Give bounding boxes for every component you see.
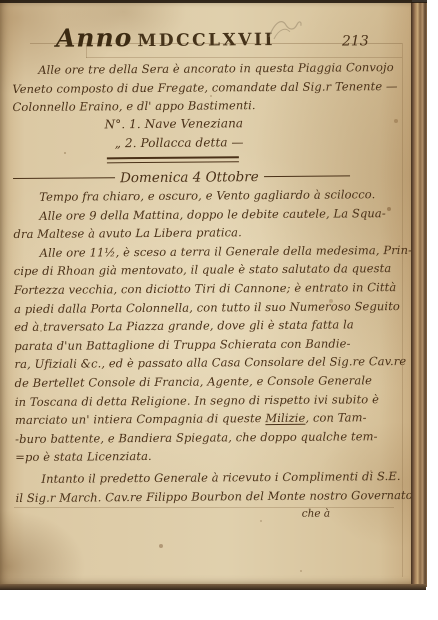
ink-text-layer: Anno MDCCLXVII 213 Alle ore tre della Se… <box>0 0 412 584</box>
manuscript-line: Alle ore 9 della Mattina, doppo le debit… <box>13 204 411 226</box>
manuscript-line: N°. 1. Nave Veneziana <box>105 114 244 134</box>
page-bottom-edge <box>0 584 426 590</box>
section-divider <box>107 156 239 163</box>
manuscript-page: Anno MDCCLXVII 213 Alle ore tre della Se… <box>0 0 412 584</box>
manuscript-line: ed à traversato La Piazza grande, dove g… <box>14 315 412 337</box>
year-heading: Anno MDCCLXVII <box>56 22 296 53</box>
journal-entry-closing: Intanto il predetto Generale à ricevuto … <box>15 467 412 507</box>
manuscript-line: „ 2. Pollacca detta — <box>105 133 244 153</box>
heading-rule-left <box>13 177 115 179</box>
manuscript-line: de Bertellet Console di Francia, Agente,… <box>15 371 412 393</box>
journal-entry-body: Tempo fra chiaro, e oscuro, e Vento gagl… <box>13 185 412 467</box>
anno-script-word: Anno <box>56 23 133 53</box>
manuscript-line: -buro battente, e Bandiera Spiegata, che… <box>15 427 412 449</box>
date-heading: Domenica 4 Ottobre <box>120 169 259 186</box>
underlined-word: Milizie <box>265 411 305 425</box>
manuscript-line: Veneto composto di due Fregate, comandat… <box>12 77 408 99</box>
book-fore-edge <box>411 2 427 587</box>
heading-rule-right <box>264 175 350 177</box>
pencil-squiggle-mark <box>266 16 304 42</box>
manuscript-line: =po è stata Licenziata. <box>15 445 412 467</box>
manuscript-line: il Sig.r March. Cav.re Filippo Bourbon d… <box>15 486 412 508</box>
roman-numeral-year: MDCCLXVII <box>137 30 275 51</box>
manuscript-line: Fortezza vecchia, con diciotto Tiri di C… <box>14 278 412 300</box>
page-number: 213 <box>342 33 369 49</box>
scan-top-edge <box>0 0 427 3</box>
ship-list: N°. 1. Nave Veneziana„ 2. Pollacca detta… <box>105 114 244 152</box>
scanned-manuscript: Anno MDCCLXVII 213 Alle ore tre della Se… <box>0 0 438 620</box>
catchword: che à <box>302 508 331 520</box>
fleet-note-paragraph: Alle ore tre della Sera è ancorato in qu… <box>12 58 408 117</box>
